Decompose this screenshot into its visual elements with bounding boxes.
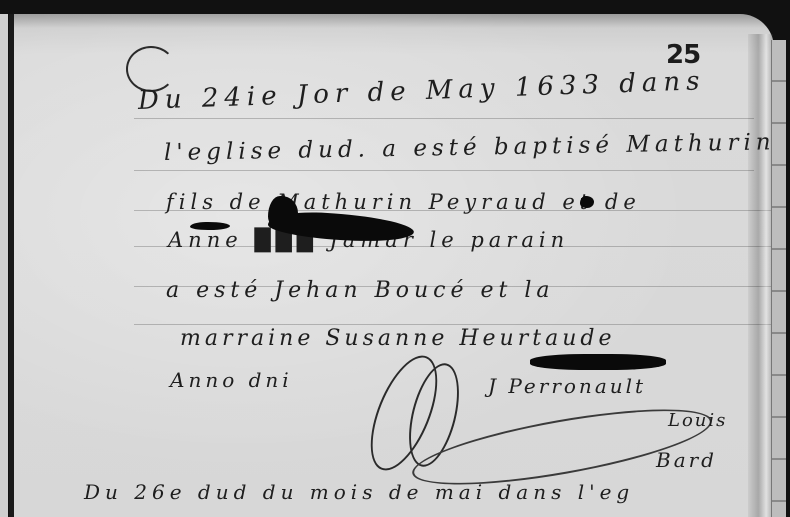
entry-1-line-6: marraine Susanne Heurtaude [180, 326, 615, 351]
left-page-edge [0, 14, 8, 517]
entry-1-line-7: Anno dni [170, 368, 293, 392]
book-edge-pages [771, 40, 786, 517]
ruled-line [134, 170, 754, 171]
signature-bard: Bard [656, 448, 717, 472]
ink-strikeout [530, 354, 666, 370]
folio-number: 25 [666, 40, 700, 70]
signature-perronault: J Perronault [488, 374, 646, 398]
entry-1-line-3: fils de Mathurin Peyraud et de [166, 190, 641, 214]
ruled-line [134, 118, 754, 119]
ink-blot-drop [268, 196, 298, 230]
entry-2-line-1: Du 26e dud du mois de mai dans l'eg [84, 480, 634, 504]
signature-louis: Louis [668, 410, 727, 431]
ruled-line [134, 324, 774, 325]
entry-1-line-5: a esté Jehan Boucé et la [166, 278, 554, 303]
ink-blot-small [190, 222, 230, 230]
ink-dot [580, 196, 594, 208]
scanned-page-background: 25 Du 24ie Jor de May 1633 dans l'eglise… [0, 0, 790, 517]
